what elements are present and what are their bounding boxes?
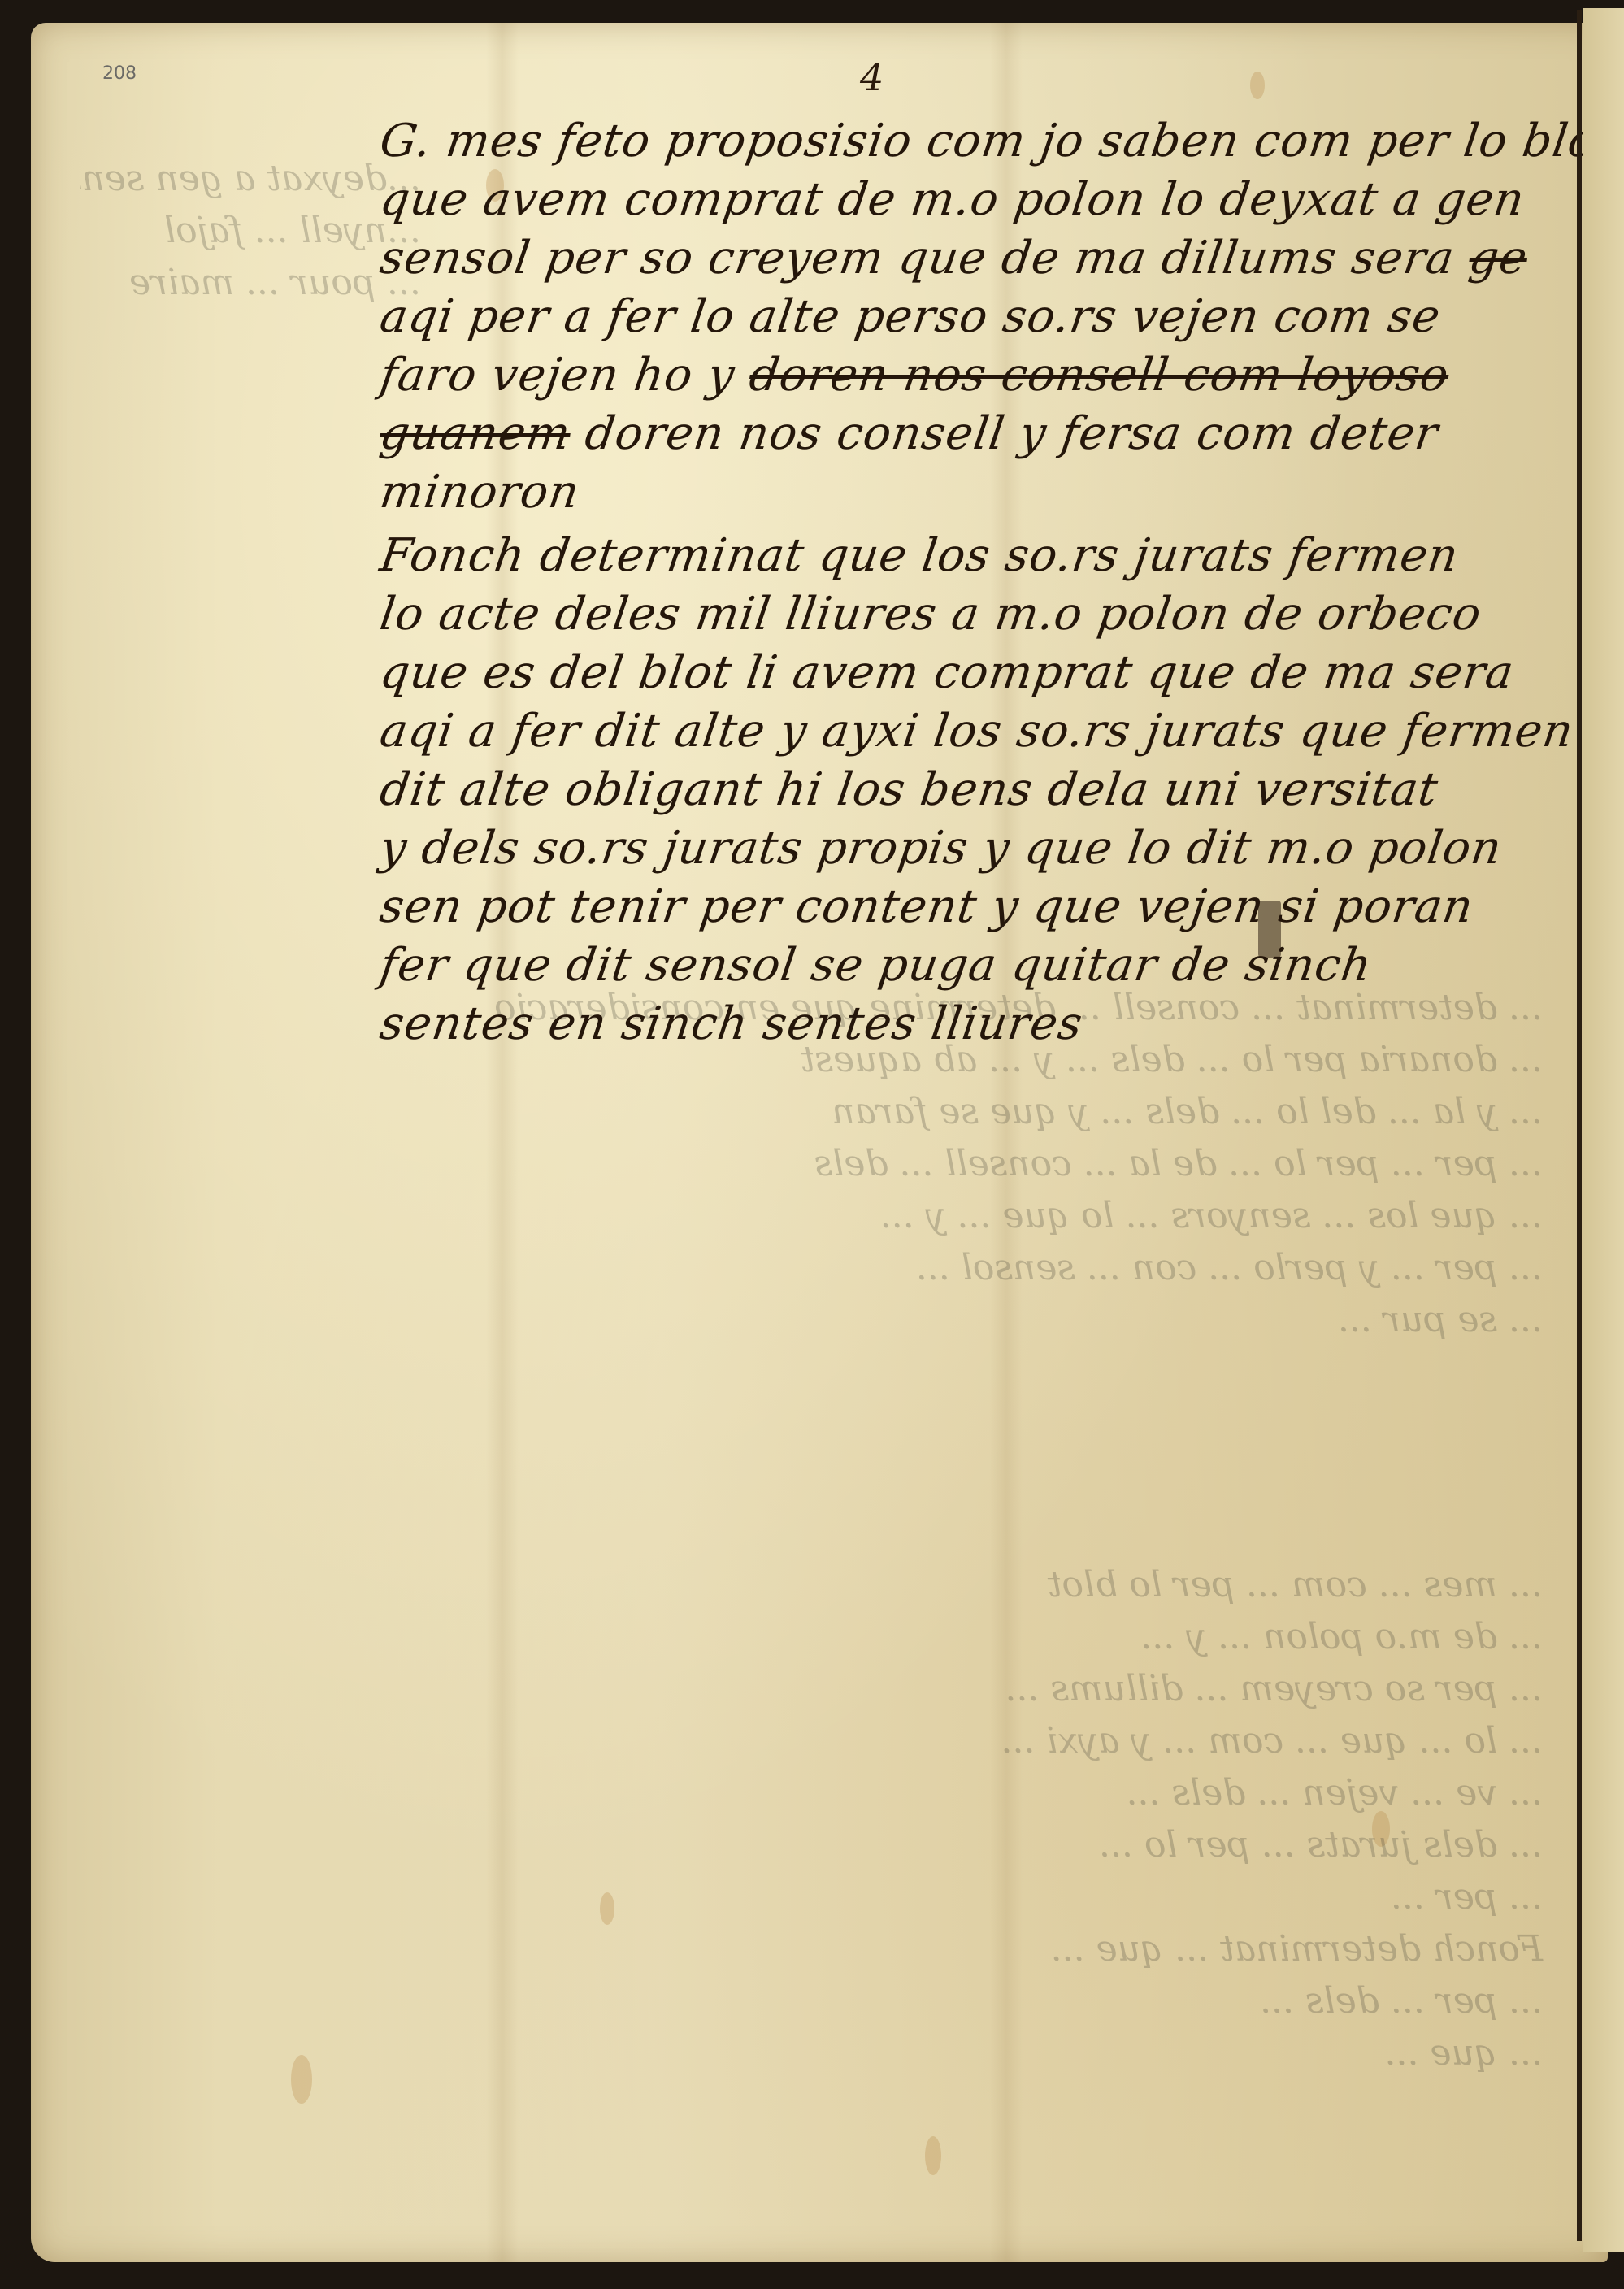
foxing-stain bbox=[925, 2136, 941, 2175]
foxing-stain bbox=[1250, 72, 1265, 99]
binding-gutter bbox=[1577, 10, 1582, 2241]
text-line: sensol per so creyem que de ma dillums s… bbox=[376, 229, 1604, 288]
text-line: y dels so.rs jurats propis y que lo dit … bbox=[376, 819, 1604, 878]
text-line: aqi a fer dit alte y ayxi los so.rs jura… bbox=[376, 702, 1604, 761]
text-line: faro vejen ho y doren nos consell com lo… bbox=[376, 346, 1604, 405]
text-line: aqi per a fer lo alte perso so.rs vejen … bbox=[376, 288, 1604, 346]
struck-text: guanem bbox=[377, 407, 575, 460]
text-line: guanem doren nos consell y fersa com det… bbox=[376, 405, 1604, 463]
facing-page-edge bbox=[1583, 8, 1624, 2252]
folio-number: 208 bbox=[102, 63, 137, 84]
bleed-through-lower: ... mes ... com ... per lo blot ... de m… bbox=[80, 1559, 1543, 2079]
text-line: sen pot tenir per content y que vejen si… bbox=[376, 878, 1604, 936]
header-mark: 4 bbox=[860, 55, 884, 99]
text-line: que es del blot li avem comprat que de m… bbox=[376, 644, 1604, 702]
text-line: sentes en sinch sentes lliures bbox=[376, 995, 1604, 1053]
paragraph-1: G. mes feto proposisio com jo saben com … bbox=[380, 112, 1600, 522]
text-line: fer que dit sensol se puga quitar de sin… bbox=[376, 936, 1604, 995]
struck-text: doren nos consell com loyoso bbox=[746, 349, 1452, 402]
text-line: dit alte obligant hi los bens dela uni v… bbox=[376, 761, 1604, 819]
paragraph-2: Fonch determinat que los so.rs jurats fe… bbox=[380, 527, 1600, 1053]
struck-text: ge bbox=[1466, 232, 1531, 284]
text-line: que avem comprat de m.o polon lo deyxat … bbox=[376, 171, 1604, 229]
text-line: G. mes feto proposisio com jo saben com … bbox=[376, 112, 1604, 171]
text-line: lo acte deles mil lliures a m.o polon de… bbox=[376, 585, 1604, 644]
text-line: minoron bbox=[376, 463, 1604, 522]
manuscript-page: 208 4 ...deyxat a gen sensol ...nyell ..… bbox=[31, 23, 1608, 2262]
main-text: G. mes feto proposisio com jo saben com … bbox=[380, 112, 1600, 1053]
bleed-through-top: ...deyxat a gen sensol ...nyell ... fajo… bbox=[80, 153, 421, 309]
text-line: Fonch determinat que los so.rs jurats fe… bbox=[376, 527, 1604, 585]
